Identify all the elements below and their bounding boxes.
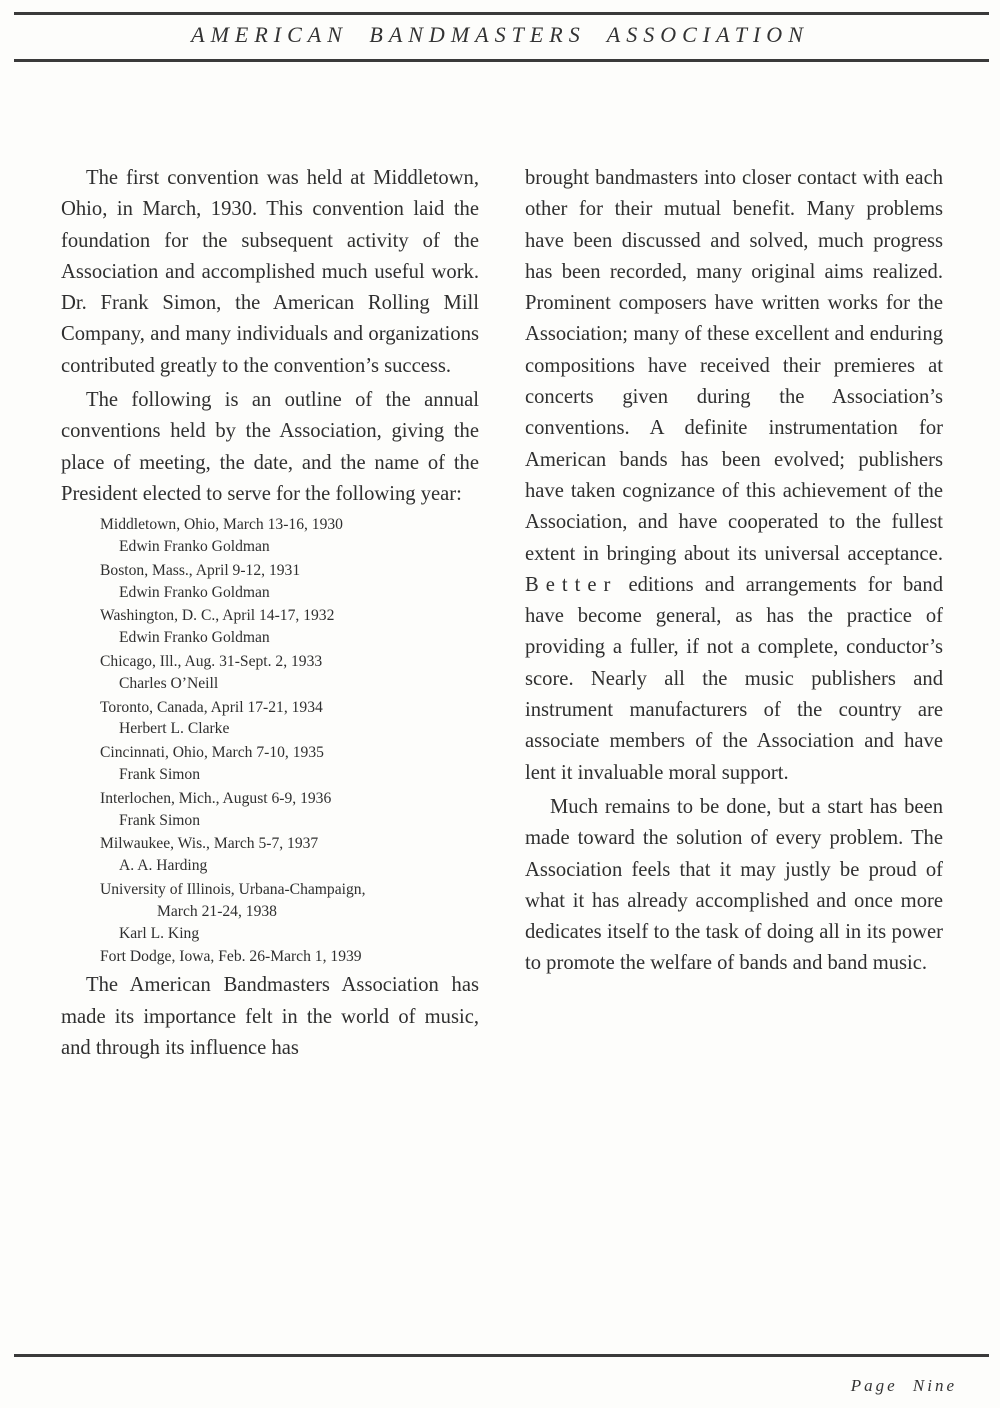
text-run: editions and arrangements for band have … <box>525 574 943 784</box>
running-header: AMERICAN BANDMASTERS ASSOCIATION <box>0 22 1000 48</box>
convention-president: Edwin Franko Goldman <box>100 627 479 649</box>
convention-place-date: Washington, D. C., April 14-17, 1932 <box>100 605 479 627</box>
left-column: The first convention was held at Middlet… <box>61 163 479 1064</box>
convention-entry: Cincinnati, Ohio, March 7-10, 1935 Frank… <box>100 742 479 786</box>
convention-place-date: University of Illinois, Urbana-Champaign… <box>100 879 479 901</box>
convention-place-date: Cincinnati, Ohio, March 7-10, 1935 <box>100 742 479 764</box>
convention-president: Frank Simon <box>100 810 479 832</box>
convention-entry: Chicago, Ill., Aug. 31-Sept. 2, 1933 Cha… <box>100 651 479 695</box>
right-column: brought bandmasters into closer contact … <box>525 163 943 980</box>
convention-place-date: Interlochen, Mich., August 6-9, 1936 <box>100 788 479 810</box>
paragraph-continued: brought bandmasters into closer contact … <box>525 163 943 789</box>
convention-president: A. A. Harding <box>100 855 479 877</box>
paragraph-outline-intro: The following is an outline of the annua… <box>61 385 479 510</box>
convention-entry: Middletown, Ohio, March 13-16, 1930 Edwi… <box>100 514 479 558</box>
convention-president: Edwin Franko Goldman <box>100 536 479 558</box>
convention-president: Charles O’Neill <box>100 673 479 695</box>
paragraph-conclusion: Much remains to be done, but a start has… <box>525 792 943 980</box>
convention-entry: Washington, D. C., April 14-17, 1932 Edw… <box>100 605 479 649</box>
convention-entry: Toronto, Canada, April 17-21, 1934 Herbe… <box>100 697 479 741</box>
convention-entry: Interlochen, Mich., August 6-9, 1936 Fra… <box>100 788 479 832</box>
spaced-word: Better <box>525 574 617 596</box>
convention-place-date: Toronto, Canada, April 17-21, 1934 <box>100 697 479 719</box>
convention-date-continued: March 21-24, 1938 <box>100 901 479 923</box>
convention-place-date: Middletown, Ohio, March 13-16, 1930 <box>100 514 479 536</box>
text-run: brought bandmasters into closer contact … <box>525 167 943 565</box>
convention-president: Edwin Franko Goldman <box>100 582 479 604</box>
convention-entry: Fort Dodge, Iowa, Feb. 26-March 1, 1939 <box>100 946 479 968</box>
paragraph-influence: The American Bandmasters Association has… <box>61 970 479 1064</box>
convention-entry: Milwaukee, Wis., March 5-7, 1937 A. A. H… <box>100 833 479 877</box>
convention-president: Frank Simon <box>100 764 479 786</box>
convention-place-date: Chicago, Ill., Aug. 31-Sept. 2, 1933 <box>100 651 479 673</box>
convention-place-date: Milwaukee, Wis., March 5-7, 1937 <box>100 833 479 855</box>
header-rule-top <box>14 12 989 15</box>
convention-entry: University of Illinois, Urbana-Champaign… <box>100 879 479 944</box>
convention-place-date: Boston, Mass., April 9-12, 1931 <box>100 560 479 582</box>
page-number: Page Nine <box>851 1376 957 1396</box>
header-rule-bottom <box>14 59 989 62</box>
convention-place-date: Fort Dodge, Iowa, Feb. 26-March 1, 1939 <box>100 946 479 968</box>
footer-rule <box>14 1354 989 1357</box>
convention-entry: Boston, Mass., April 9-12, 1931 Edwin Fr… <box>100 560 479 604</box>
convention-president: Herbert L. Clarke <box>100 718 479 740</box>
paragraph-first-convention: The first convention was held at Middlet… <box>61 163 479 382</box>
conventions-list: Middletown, Ohio, March 13-16, 1930 Edwi… <box>100 514 479 968</box>
convention-president: Karl L. King <box>100 923 479 945</box>
